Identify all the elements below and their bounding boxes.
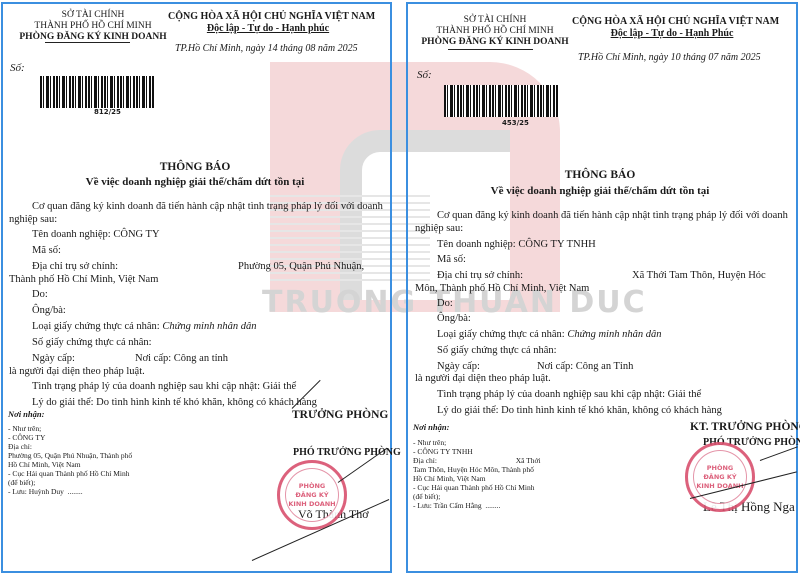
by-label: Do: [437,299,453,310]
national-header: CỘNG HÒA XÃ HỘI CHỦ NGHĨA VIỆT NAM Độc l… [572,16,772,40]
company-name: Tên doanh nghiệp: CÔNG TY TNHH [437,240,596,251]
id-issue-place: Nơi cấp: Công an tỉnh [135,354,228,365]
recipient-line: Địa chỉ: Xã Thới [413,456,541,465]
recipient-line: - Như trên; [8,424,132,433]
recipient-line: Tam Thôn, Huyện Hóc Môn, Thành phố [413,465,541,474]
tax-code: Mã số: [437,255,466,266]
id-type-label: Loại giấy chứng thực cá nhân: [32,321,162,332]
person-label: Ông/bà: [32,306,66,317]
legal-status: Tình trạng pháp lý của doanh nghiệp sau … [437,390,701,401]
recipient-line: - CÔNG TY TNHH [413,447,541,456]
intro-line-1: Cơ quan đăng ký kinh doanh đã tiến hành … [437,211,788,222]
tax-code: Mã số: [32,246,61,257]
org-line-3: PHÒNG ĐĂNG KÝ KINH DOANH [420,37,570,48]
by-label: Do: [32,290,48,301]
recipients-list: - Như trên;- CÔNG TYĐịa chỉ:Phường 05, Q… [8,424,132,496]
id-number: Số giấy chứng thực cá nhân: [32,338,152,349]
recipients-label: Nơi nhận: [413,423,449,432]
intro-line-2: nghiệp sau: [9,215,57,226]
recipient-line: - Cục Hải quan Thành phố Hồ Chí Minh [413,483,541,492]
barcode [40,76,155,108]
address-part-1: Phường 05, Quận Phú Nhuận, [238,262,364,273]
recipient-line: (để biết); [413,492,541,501]
national-header: CỘNG HÒA XÃ HỘI CHỦ NGHĨA VIỆT NAM Độc l… [168,11,368,35]
org-underline [448,49,533,50]
dissolution-reason: Lý do giải thể: Do tình hình kinh tế khó… [437,406,722,417]
signer-title: KT. TRƯỞNG PHÒNG [690,422,800,434]
id-type-value: Chứng minh nhân dân [162,321,256,332]
barcode-number: 453/25 [502,120,529,127]
recipients-list: - Như trên;- CÔNG TY TNHHĐịa chỉ: Xã Thớ… [413,438,541,510]
id-type: Loại giấy chứng thực cá nhân: Chứng minh… [32,322,256,333]
notice-title: THÔNG BÁO [400,170,800,182]
person-label: Ông/bà: [437,314,471,325]
recipient-line: Địa chỉ: [8,442,132,451]
recipients-label: Nơi nhận: [8,410,44,419]
address-part-2: Môn, Thành phố Hồ Chí Minh, Việt Nam [415,284,589,295]
number-label: Số: [417,70,432,81]
stamp-text: PHÒNG [707,464,734,473]
intro-line-2: nghiệp sau: [415,224,463,235]
motto: Độc lập - Tự do - Hạnh Phúc [572,28,772,40]
address-part-1: Xã Thới Tam Thôn, Huyện Hóc [632,271,766,282]
notice-document-1: SỞ TÀI CHÍNH THÀNH PHỐ HỒ CHÍ MINH PHÒNG… [0,0,400,577]
legal-representative-note: là người đại diện theo pháp luật. [415,374,551,385]
recipient-line: (để biết); [8,478,132,487]
org-name: SỞ TÀI CHÍNH THÀNH PHỐ HỒ CHÍ MINH PHÒNG… [420,15,570,48]
address-label: Địa chỉ trụ sở chính: [32,262,118,273]
address-part-2: Thành phố Hồ Chí Minh, Việt Nam [9,275,158,286]
org-line-1: SỞ TÀI CHÍNH [420,15,570,26]
org-line-2: THÀNH PHỐ HỒ CHÍ MINH [420,26,570,37]
recipient-line: Phường 05, Quận Phú Nhuận, Thành phố [8,451,132,460]
issue-date: TP.Hồ Chí Minh, ngày 10 tháng 07 năm 202… [578,53,761,63]
company-name: Tên doanh nghiệp: CÔNG TY [32,230,160,241]
stamp-text: ĐĂNG KÝ [703,473,736,482]
recipient-line: Hồ Chí Minh, Việt Nam [8,460,132,469]
nation-title: CỘNG HÒA XÃ HỘI CHỦ NGHĨA VIỆT NAM [572,16,772,28]
org-name: SỞ TÀI CHÍNH THÀNH PHỐ HỒ CHÍ MINH PHÒNG… [18,10,168,43]
org-line-2: THÀNH PHỐ HỒ CHÍ MINH [18,21,168,32]
official-stamp: PHÒNGĐĂNG KÝKINH DOANH [277,460,347,530]
signature-stroke [760,446,798,461]
id-issue-place: Nơi cấp: Công an Tỉnh [537,362,633,373]
dissolution-reason: Lý do giải thể: Do tình hình kinh tế khó… [32,398,317,409]
official-stamp: PHÒNGĐĂNG KÝKINH DOANH [685,442,755,512]
notice-title: THÔNG BÁO [0,162,390,174]
notice-document-2: SỞ TÀI CHÍNH THÀNH PHỐ HỒ CHÍ MINH PHÒNG… [400,0,800,577]
id-type-value: Chứng minh nhân dân [567,329,661,340]
recipient-line: - CÔNG TY [8,433,132,442]
id-issue-date: Ngày cấp: [32,354,75,365]
recipient-line: - Lưu: Trần Cẩm Hằng ........ [413,501,541,510]
legal-representative-note: là người đại diện theo pháp luật. [9,367,145,378]
number-label: Số: [10,63,25,74]
notice-subtitle: Về việc doanh nghiệp giải thể/chấm dứt t… [400,186,800,197]
recipient-line: Hồ Chí Minh, Việt Nam [413,474,541,483]
org-underline [45,42,130,43]
recipient-line: - Như trên; [413,438,541,447]
recipient-line: - Cục Hải quan Thành phố Hồ Chí Minh [8,469,132,478]
id-type-label: Loại giấy chứng thực cá nhân: [437,329,567,340]
stamp-text: PHÒNG [299,482,326,491]
id-issue-date: Ngày cấp: [437,362,480,373]
id-number: Số giấy chứng thực cá nhân: [437,346,557,357]
notice-subtitle: Về việc doanh nghiệp giải thể/chấm dứt t… [0,177,390,188]
barcode [444,85,559,117]
legal-status: Tình trạng pháp lý của doanh nghiệp sau … [32,382,296,393]
id-type: Loại giấy chứng thực cá nhân: Chứng minh… [437,330,661,341]
stamp-text: KINH DOANH [288,500,335,509]
signer-title: TRƯỞNG PHÒNG [292,410,388,422]
stamp-text: ĐĂNG KÝ [295,491,328,500]
address-label: Địa chỉ trụ sở chính: [437,271,523,282]
org-line-1: SỞ TÀI CHÍNH [18,10,168,21]
nation-title: CỘNG HÒA XÃ HỘI CHỦ NGHĨA VIỆT NAM [168,11,368,23]
issue-date: TP.Hồ Chí Minh, ngày 14 tháng 08 năm 202… [175,44,358,54]
barcode-number: 812/25 [94,109,121,116]
intro-line-1: Cơ quan đăng ký kinh doanh đã tiến hành … [32,202,383,213]
motto: Độc lập - Tự do - Hạnh phúc [168,23,368,35]
recipient-line: - Lưu: Huỳnh Duy ........ [8,487,132,496]
